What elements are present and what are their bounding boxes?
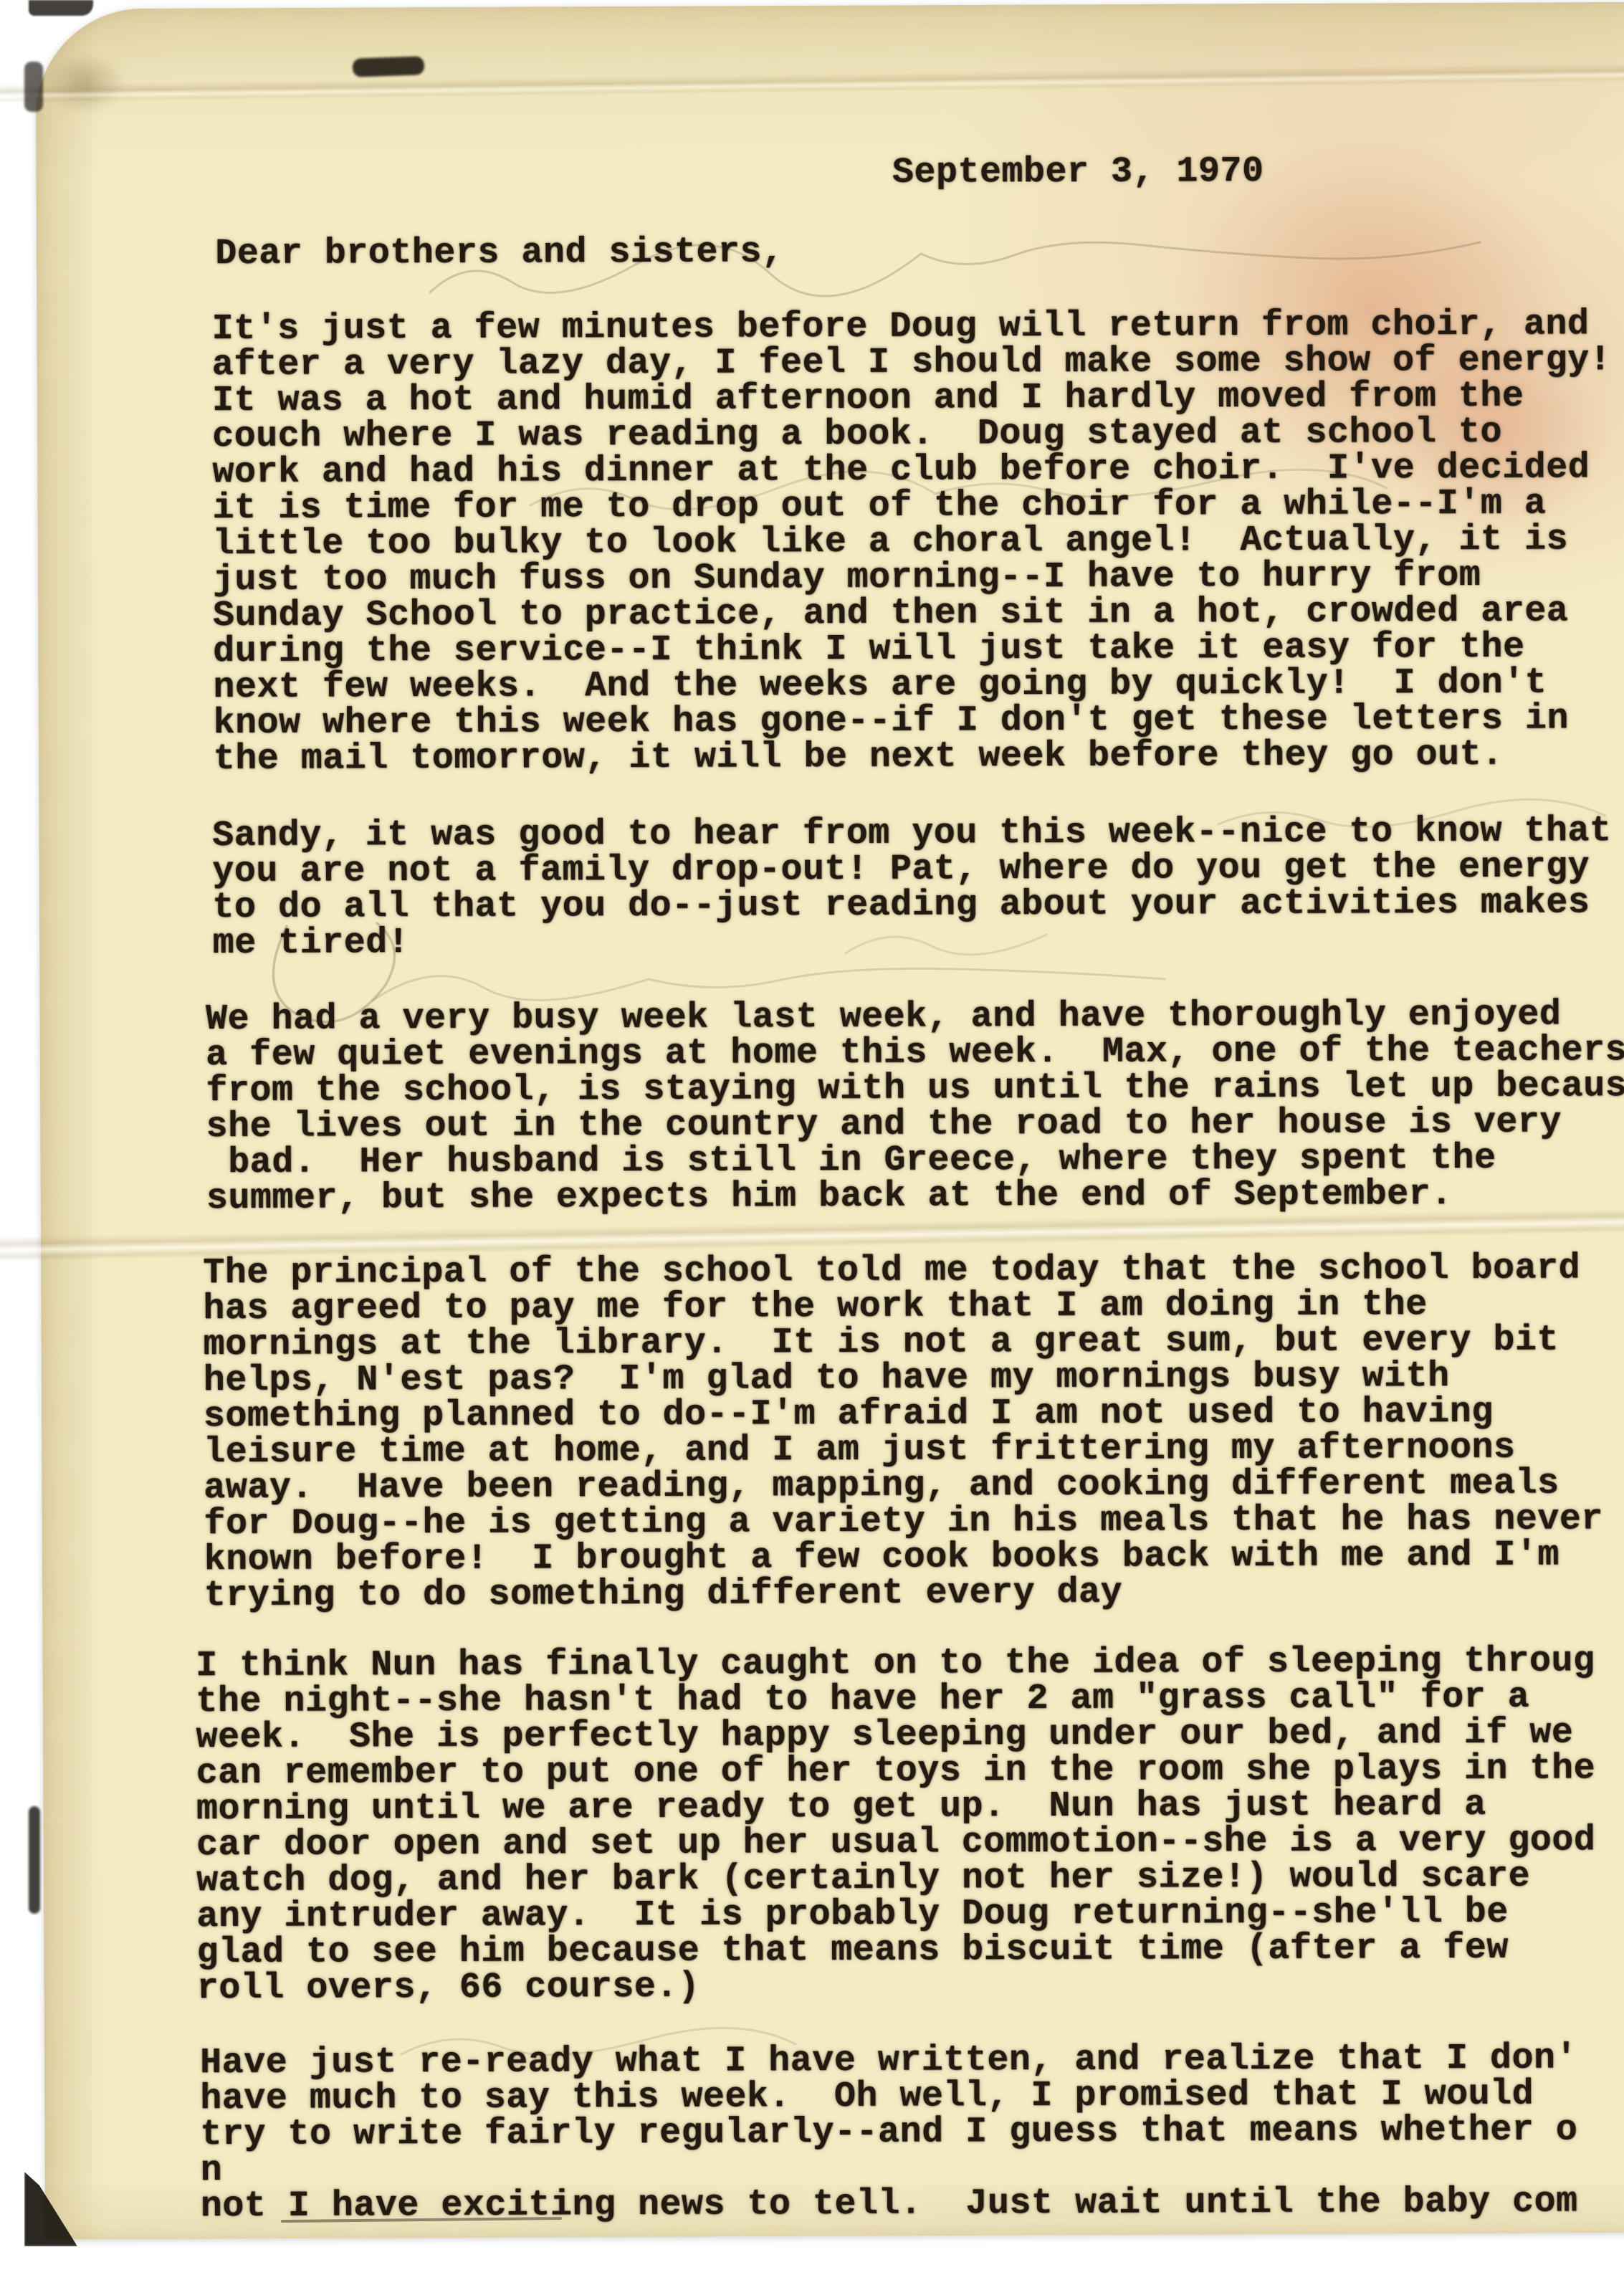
letter-paragraph-2: Sandy, it was good to hear from you this… [212, 814, 1612, 962]
letter-body: September 3, 1970 Dear brothers and sist… [0, 0, 1624, 2275]
letter-paragraph-6: Have just re-ready what I have written, … [200, 2041, 1578, 2225]
scan-background: September 3, 1970 Dear brothers and sist… [0, 0, 1624, 2275]
letter-paragraph-5: I think Nun has finally caught on to the… [196, 1644, 1596, 2007]
letter-salutation: Dear brothers and sisters, [215, 234, 783, 272]
letter-date: September 3, 1970 [892, 154, 1264, 191]
letter-paragraph-3: We had a very busy week last week, and h… [206, 997, 1624, 1217]
letter-paragraph-4: The principal of the school told me toda… [203, 1251, 1603, 1614]
letter-paragraph-1: It's just a few minutes before Doug will… [212, 307, 1613, 778]
